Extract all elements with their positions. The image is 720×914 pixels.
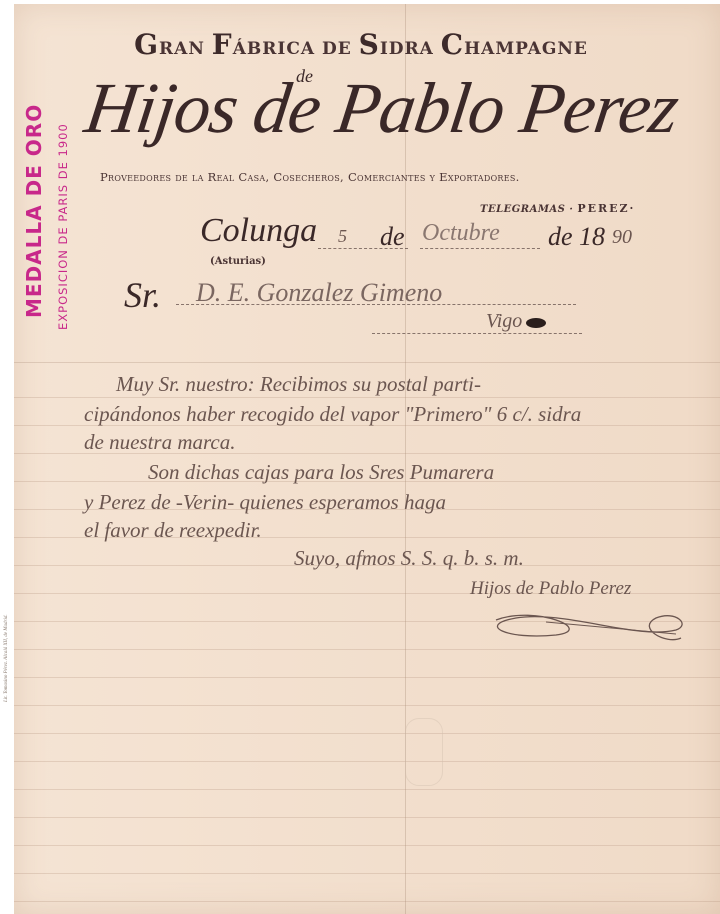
closing-formula: Suyo, afmos S. S. q. b. s. m. [294,546,524,571]
date-month-line [420,248,540,249]
telegram-label: TELEGRAMAS · [480,204,573,215]
date-month: Octubre [422,220,500,247]
city-line [372,333,582,334]
signature-flourish-icon [476,600,696,650]
title-text: HAMPAGNE [464,39,588,59]
telegram-address: TELEGRAMAS · PEREZ· [480,202,635,215]
date-year-suffix: 90 [612,226,632,249]
body-line-5: y Perez de -Verin- quienes esperamos hag… [84,490,446,515]
body-line-1: Muy Sr. nuestro: Recibimos su postal par… [116,372,481,397]
recipient-name: D. E. Gonzalez Gimeno [196,278,442,308]
region-name: (Asturias) [210,256,266,267]
printer-imprint: Lit. Tomasino Pérez. Alcalá XII, de Madr… [4,614,9,702]
title-text: RAN [159,39,212,59]
telegram-value: PEREZ· [577,202,635,215]
title-text: ÁBRICA DE [233,39,359,59]
ink-blot [526,318,546,328]
initial-c: C [441,28,464,61]
title-text: IDRA [380,39,441,59]
stamp-medal: MEDALLA DE ORO [22,104,46,318]
initial-s: S [359,28,380,61]
date-day: 5 [338,226,347,247]
initial-f: F [212,28,233,61]
horizontal-fold-line [14,362,720,363]
letterhead-title: GRAN FÁBRICA DE SIDRA CHAMPAGNE [86,28,636,61]
signature-name: Hijos de Pablo Perez [470,578,631,600]
stamp-exposition: EXPOSICION DE PARIS DE 1900 [56,123,70,330]
body-line-6: el favor de reexpedir. [84,518,262,543]
recipient-city: Vigo [486,310,522,333]
date-year-prefix: de 18 [548,222,605,252]
firm-name: Hijos de Pablo Perez [81,72,691,144]
salutation-prefix: Sr. [124,274,161,316]
body-line-3: de nuestra marca. [84,430,235,455]
body-line-4: Son dichas cajas para los Sres Pumarera [148,460,494,485]
watermark-emblem-icon [405,718,443,786]
letterhead-subtitle: Proveedores de la Real Casa, Cosecheros,… [100,170,660,184]
place-name: Colunga [200,212,317,250]
date-connector-de: de [380,222,405,252]
body-line-2: cipándonos haber recogido del vapor "Pri… [84,402,581,427]
initial-g: G [134,28,159,61]
